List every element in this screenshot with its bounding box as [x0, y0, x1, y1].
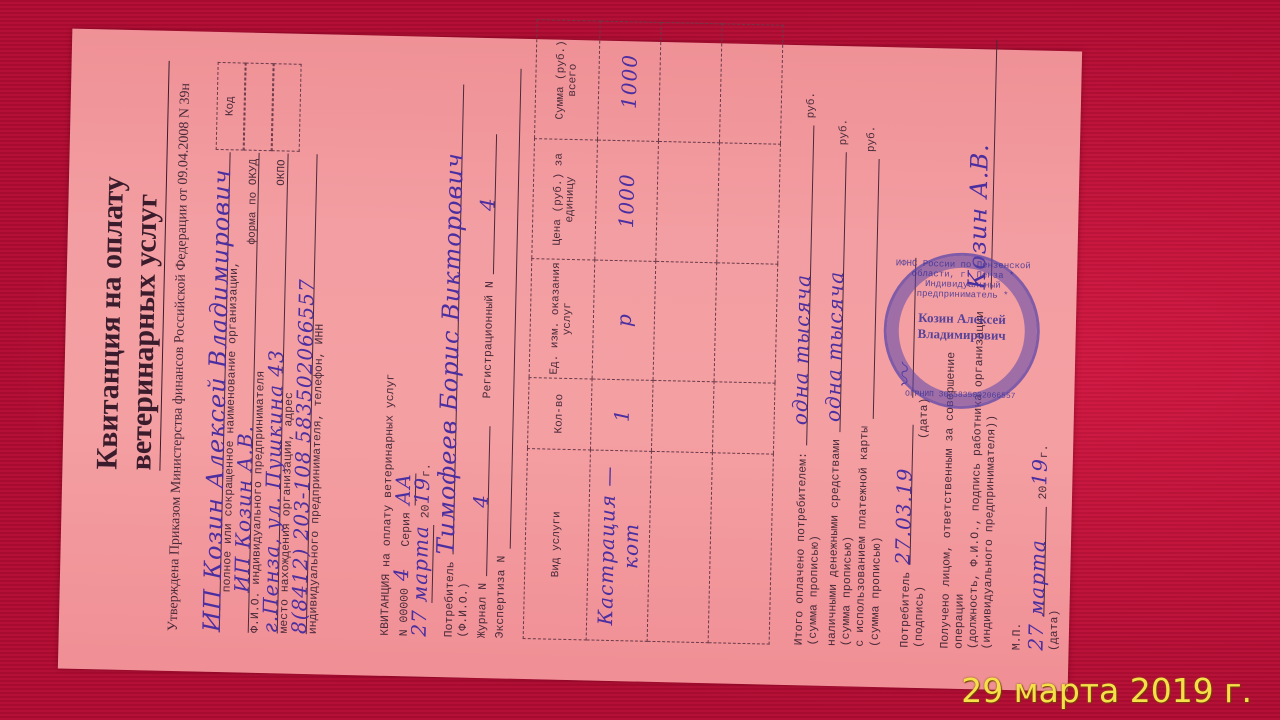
cell-qty [712, 382, 775, 455]
total-paid-rub: руб. [806, 92, 819, 119]
consumer-sign-label: Потребитель [899, 572, 914, 648]
receipt-date-day: 27 [407, 609, 432, 637]
final-date-month: марта [1029, 506, 1046, 616]
final-date-day: 27 [1024, 623, 1049, 651]
cell-price: 1000 [595, 140, 659, 261]
consumer-value: Тимофеев Борис Викторович [439, 84, 465, 554]
cell-qty [651, 380, 714, 453]
col-total: Сумма (руб.) всего [535, 20, 601, 141]
approved-note: Утверждена Приказом Министерства финансо… [165, 11, 197, 631]
cell-unit [653, 261, 717, 382]
services-table: Вид услуги Кол-во Ед. изм. оказания услу… [523, 19, 784, 644]
consumer-sign-caption: (подпись) [913, 586, 927, 648]
final-year-prefix: 20 [1037, 486, 1050, 500]
okpo-cell [272, 63, 302, 152]
cell-service: Кастрация — кот [586, 450, 651, 641]
col-service: Вид услуги [523, 449, 590, 640]
cell-price [717, 143, 781, 264]
final-year-suffix: г. [1038, 444, 1051, 458]
cell-total [719, 24, 783, 145]
cell-price [656, 142, 720, 263]
journal-value: 4 [472, 426, 490, 576]
receipt-paper: Квитанция на оплату ветеринарных услуг У… [58, 29, 1082, 692]
col-qty: Кол-во [527, 377, 592, 450]
consumer-label: Потребитель [443, 561, 458, 637]
consumer-sign-date: 27.03.19 [895, 425, 913, 565]
table-row [708, 24, 783, 644]
final-year-value: 19 [1027, 458, 1052, 486]
photo-date-stamp: 29 марта 2019 г. [961, 671, 1252, 710]
code-header: Код [216, 62, 246, 151]
seal-name: Козин Алексей Владимирович [907, 310, 1018, 344]
reg-value: 4 [479, 134, 497, 274]
cell-total [658, 22, 722, 143]
document-title: Квитанция на оплату ветеринарных услуг [90, 59, 169, 470]
consumer-date-caption: (дата) [917, 397, 931, 439]
final-date-caption: (дата) [1048, 81, 1075, 651]
receipt-year-prefix: 20 [419, 504, 432, 518]
receipt-content: Квитанция на оплату ветеринарных услуг У… [87, 59, 1075, 651]
cell-service [647, 451, 712, 642]
cell-total: 1000 [597, 21, 661, 142]
okud-label: форма по ОКУД [246, 159, 262, 245]
col-unit: Ед. изм. оказания услуг [529, 258, 595, 379]
cell-qty: 1 [590, 379, 653, 452]
org-block: Код форма по ОКУД ОКПО ИП Козин Алексей … [205, 62, 378, 635]
received-value: Козин А.В. [963, 39, 998, 290]
cash-rub: руб. [838, 119, 851, 146]
okud-cell [244, 63, 274, 152]
expertise-label: Экспертиза N [494, 556, 509, 639]
okpo-label: ОКПО [275, 159, 290, 186]
cell-service [708, 453, 773, 644]
code-box: Код [216, 62, 302, 152]
journal-label: Журнал N [476, 583, 490, 638]
total-paid-value: одна тысяча [792, 125, 814, 445]
cell-unit [714, 263, 778, 384]
receipt-date-month: марта [407, 525, 434, 603]
reg-label: Регистрационный N [481, 281, 497, 399]
col-price: Цена (руб.) за единицу [532, 139, 598, 260]
card-rub: руб. [866, 126, 879, 153]
seal-ring-text: ИФНС России по Пензенской области, г. Пе… [887, 258, 1038, 301]
receipt-year-suffix: г. [420, 463, 433, 477]
cell-unit: р [592, 260, 656, 381]
receipt-year-value: 19 [410, 477, 435, 505]
